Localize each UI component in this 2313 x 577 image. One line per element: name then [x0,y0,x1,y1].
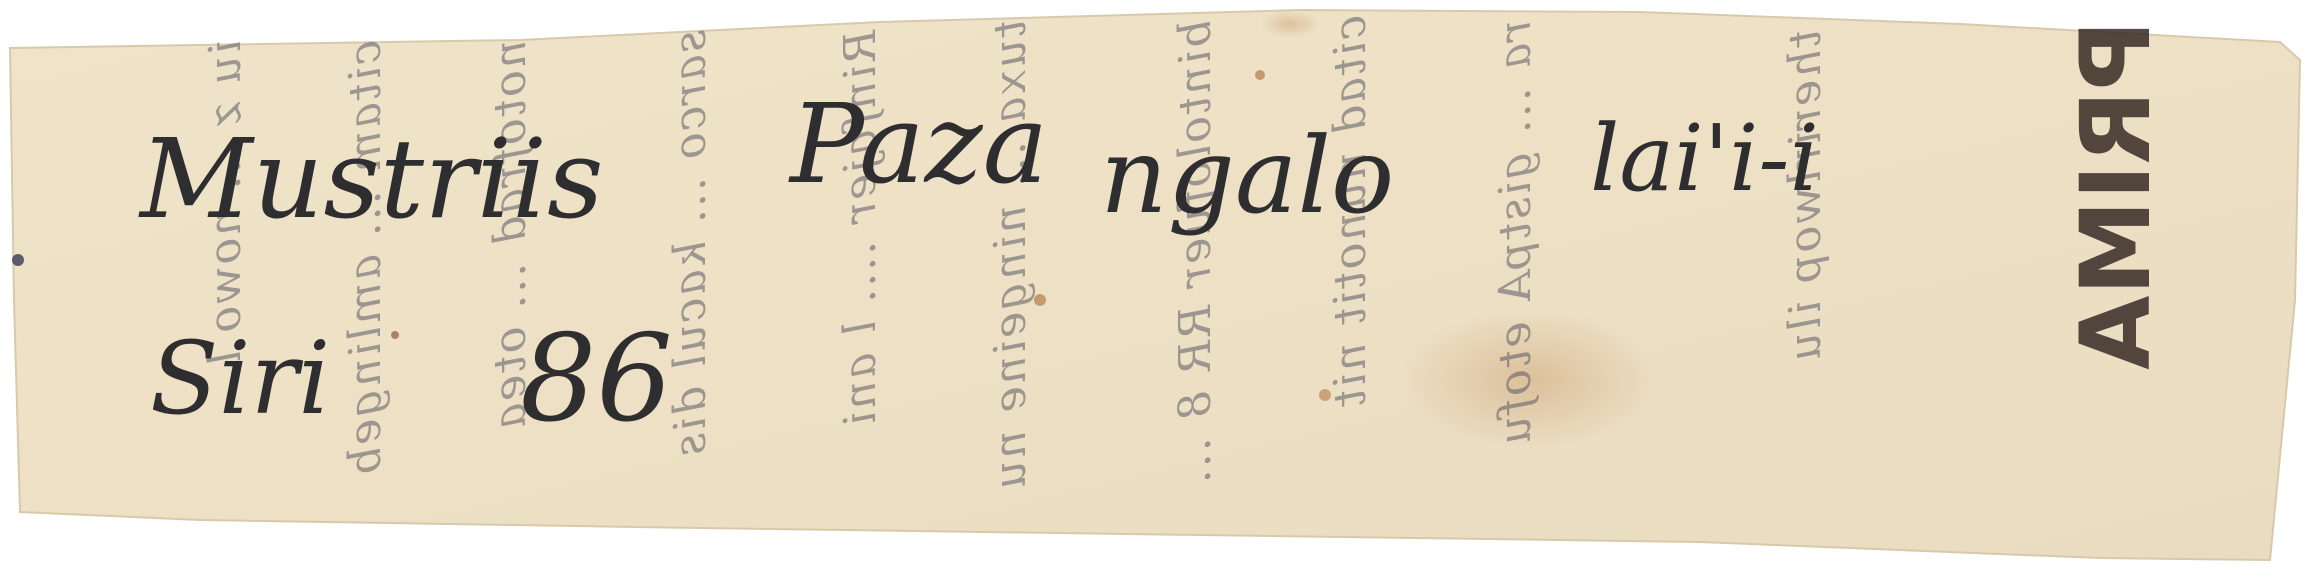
bleed-column: ra ... gistpA etofu [1490,20,1541,446]
handwriting-prefix: Siri [150,320,330,437]
handwriting-name-first: Mustriis [140,115,604,243]
bleed-column: citam ... amlingeb [340,40,391,477]
handwriting-name-third: ngalo [1100,115,1394,237]
handwriting-annotation: lai'i-i [1590,105,1819,212]
bleed-stamp: PRIMA [2060,20,2172,370]
bleed-column: bintolofuer RR 8 ... [1170,20,1221,485]
handwriting-name-second: Paza [790,80,1048,208]
handwriting-number: 86 [520,310,673,449]
